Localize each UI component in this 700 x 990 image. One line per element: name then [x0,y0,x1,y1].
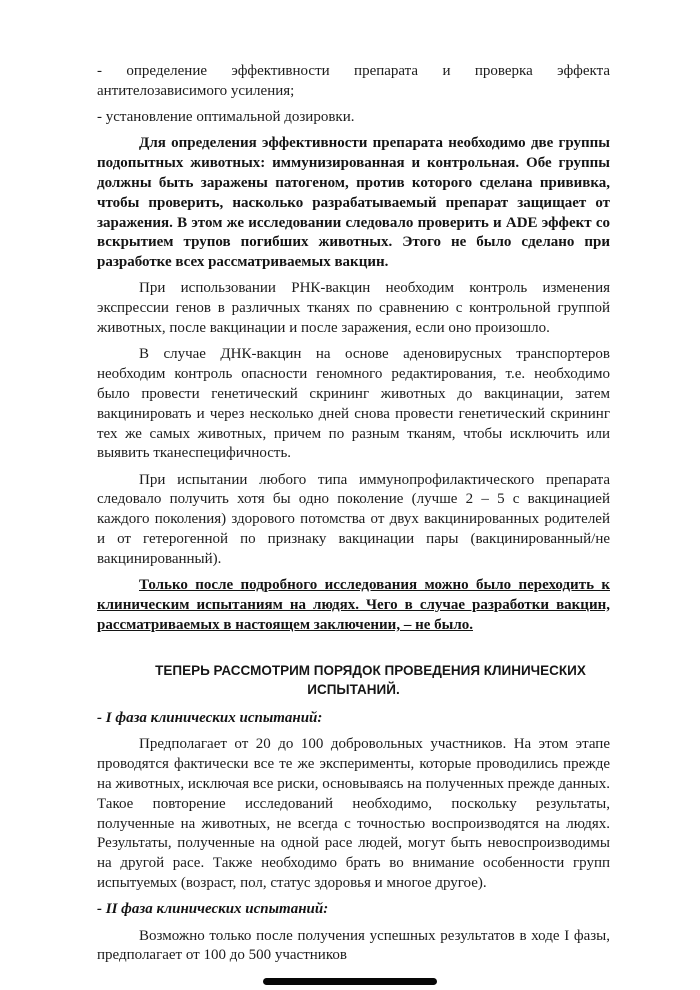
phase-2-body: Возможно только после получения успешных… [97,927,610,967]
bullet-item-dosage: - установление оптимальной дозировки. [97,108,610,128]
section-heading-clinical-trials: ТЕПЕРЬ РАССМОТРИМ ПОРЯДОК ПРОВЕДЕНИЯ КЛИ… [97,661,610,701]
paragraph-animal-groups: Для определения эффективности препарата … [97,134,610,273]
paragraph-offspring: При испытании любого типа иммунопрофилак… [97,471,610,570]
phase-1-body: Предполагает от 20 до 100 добровольных у… [97,735,610,893]
phase-2-heading: - II фаза клинических испытаний: [97,900,610,920]
paragraph-dna-vaccines: В случае ДНК-вакцин на основе аденовирус… [97,345,610,464]
phase-1-heading: - I фаза клинических испытаний: [97,709,610,729]
paragraph-rna-vaccines: При использовании РНК-вакцин необходим к… [97,279,610,338]
home-indicator-bar[interactable] [263,978,437,985]
paragraph-conclusion-underlined: Только после подробного исследования мож… [97,576,610,635]
bullet-item-efficacy: - определение эффективности препарата и … [97,62,610,102]
document-page: - определение эффективности препарата и … [0,0,700,966]
